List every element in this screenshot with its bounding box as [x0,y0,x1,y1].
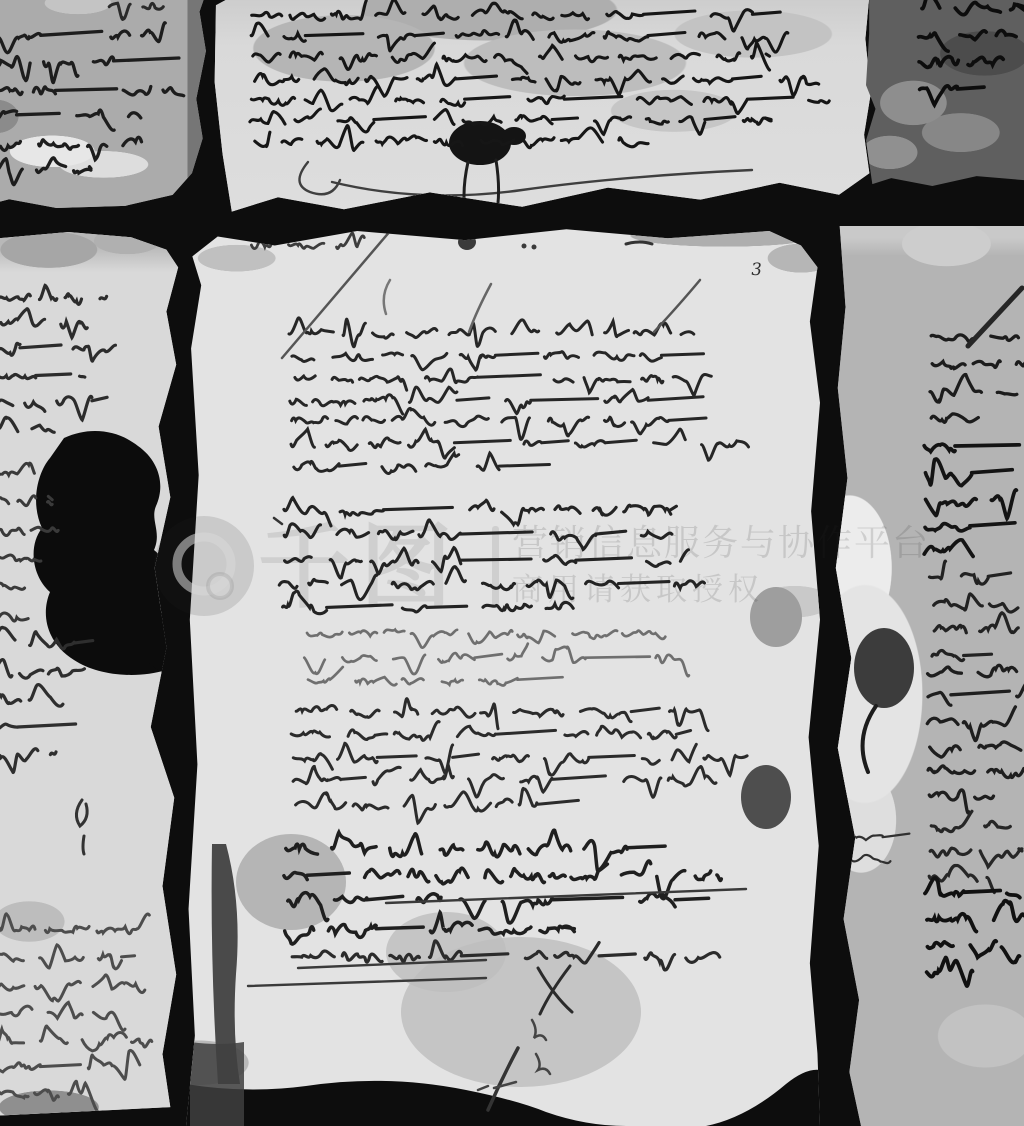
page-top-right [866,0,1024,192]
handwriting-layer [866,0,1024,192]
page-center-main: 3 [186,222,820,1126]
handwriting-layer [0,232,186,1116]
page-left [0,232,186,1116]
handwriting-layer [0,0,207,208]
page-right [830,226,1024,1126]
handwriting-layer [186,222,820,1126]
manuscript-photo-stage: 3 千图 营销信息服务与协作平台 商用请获取授权 [0,0,1024,1126]
page-top-center [212,0,872,226]
handwriting-layer [212,0,872,226]
handwriting-layer [830,226,1024,1126]
page-top-left-fragment [0,0,207,208]
